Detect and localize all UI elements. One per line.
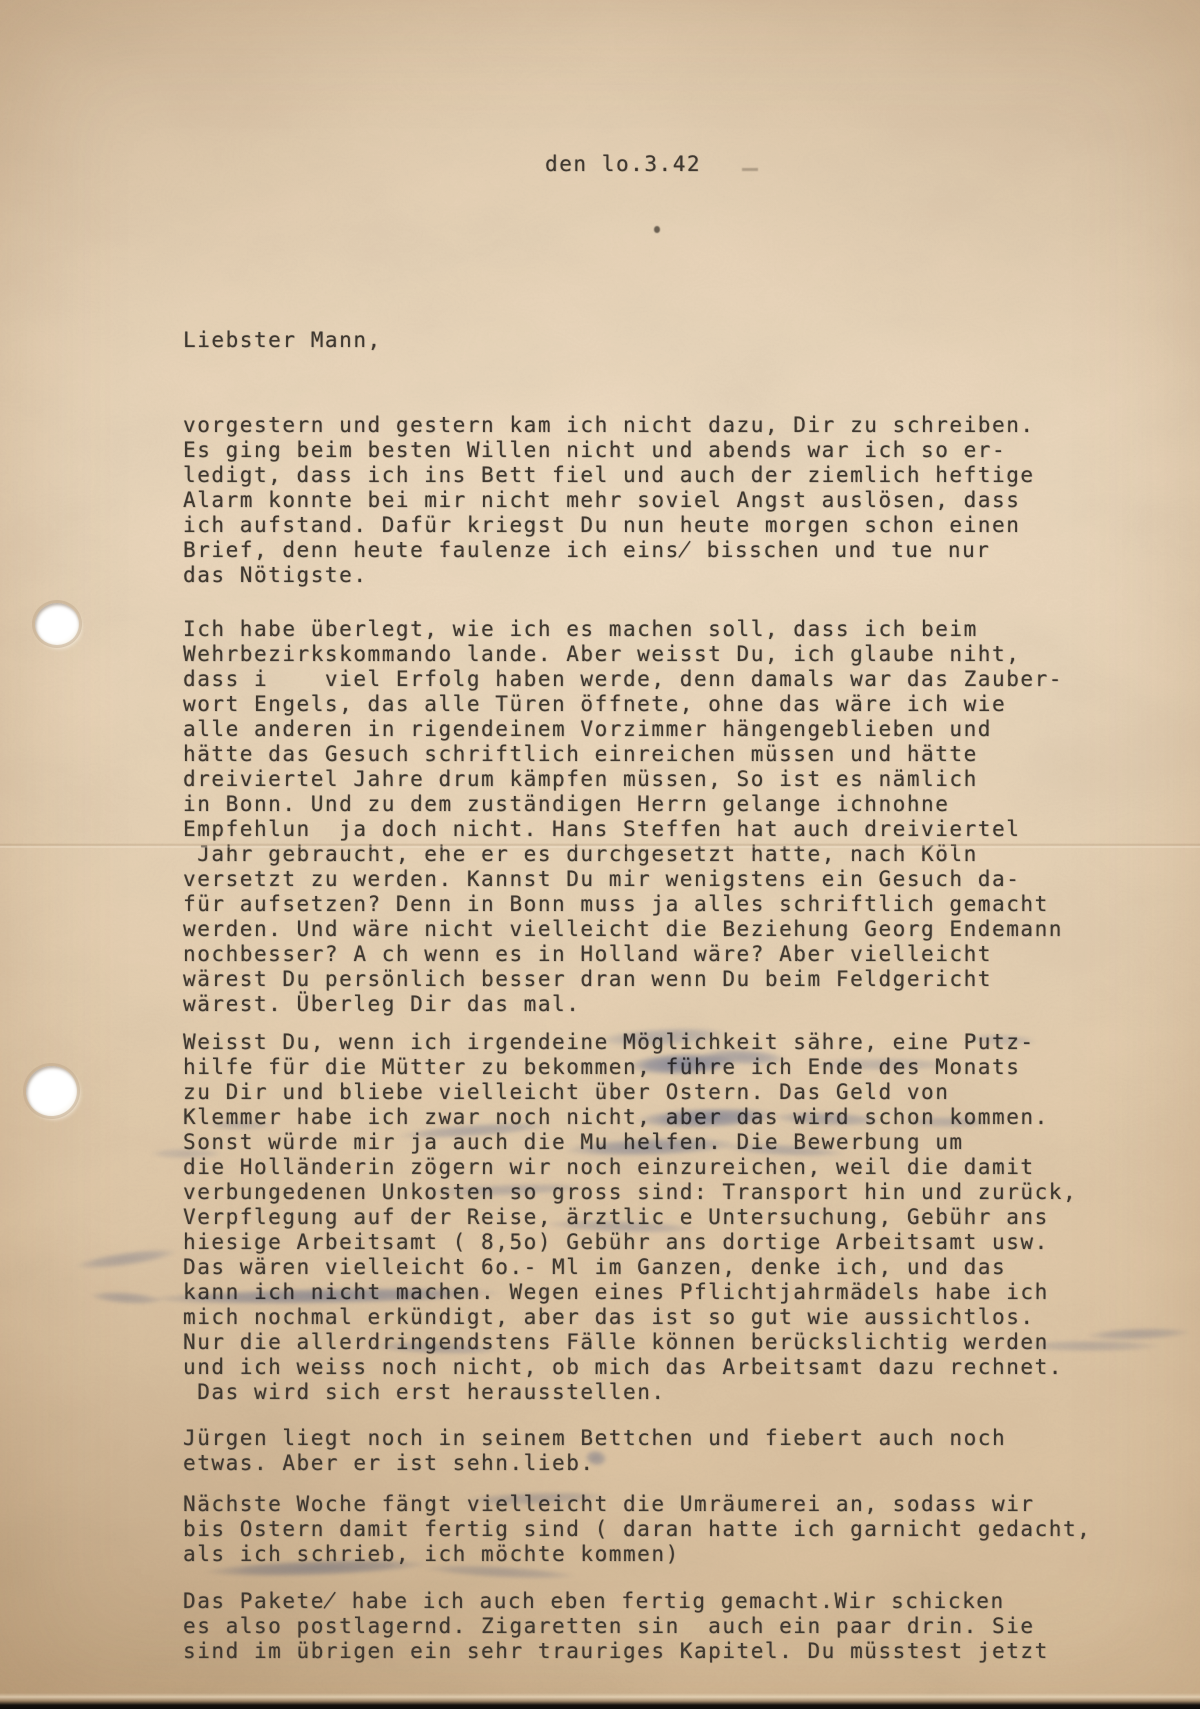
letter-paragraph-5: Nächste Woche fängt vielleicht die Umräu… (183, 1492, 1123, 1567)
fold-crease (0, 843, 1200, 848)
letter-paragraph-4: Jürgen liegt noch in seinem Bettchen und… (183, 1426, 1123, 1476)
punch-hole-top (35, 603, 79, 645)
letter-paragraph-3: Weisst Du, wenn ich irgendeine Möglichke… (183, 1030, 1123, 1405)
date-line: den lo.3.42 (545, 152, 845, 177)
ink-smudge (90, 1290, 163, 1307)
scan-bottom-edge (0, 1693, 1200, 1709)
letter-paragraph-2: Ich habe überlegt, wie ich es machen sol… (183, 617, 1123, 1017)
letter-paragraph-1: vorgestern und gestern kam ich nicht daz… (183, 413, 1123, 588)
letter-paragraph-6: Das Pakete̸ habe ich auch eben fertig ge… (183, 1589, 1123, 1664)
punch-hole-bottom (23, 1063, 80, 1120)
salutation: Liebster Mann, (183, 328, 1123, 353)
faint-pencil-dash (742, 168, 758, 171)
ink-dot (654, 226, 660, 233)
letter-page: den lo.3.42 Liebster Mann, vorgestern un… (0, 0, 1200, 1709)
ink-smudge (75, 1245, 178, 1273)
